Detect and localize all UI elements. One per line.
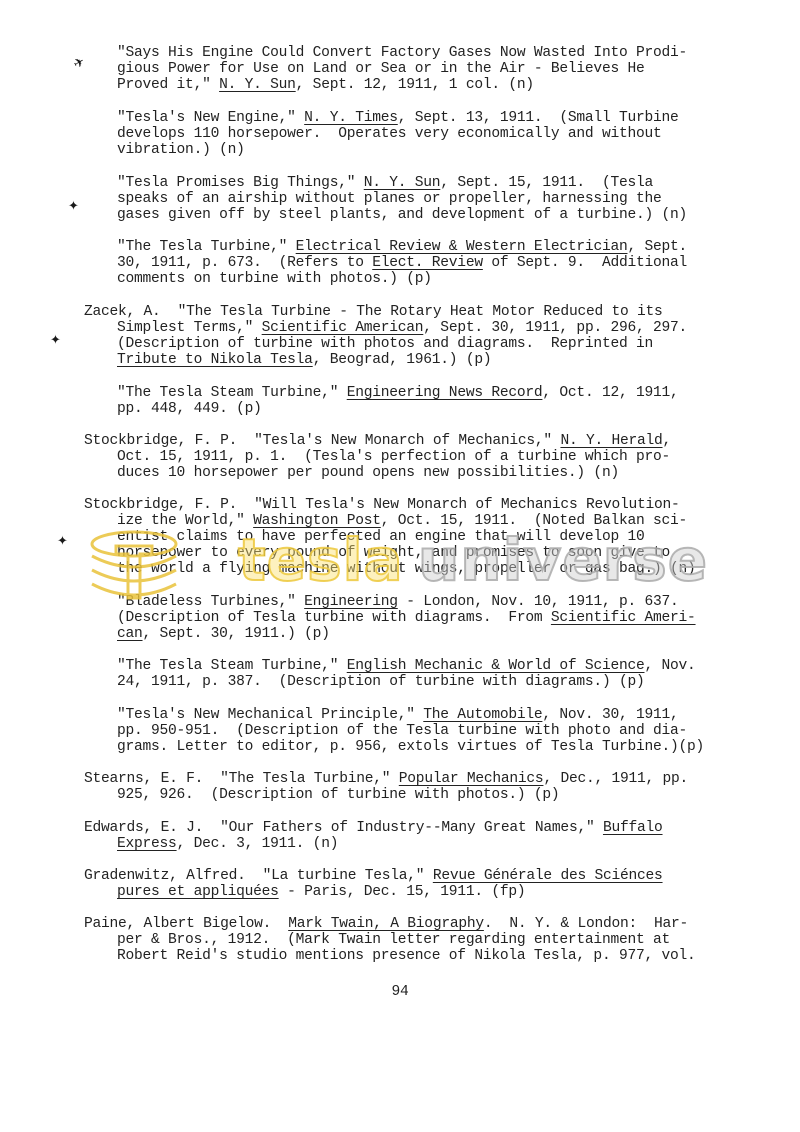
publication-title: Mark Twain, A Biography bbox=[288, 916, 484, 932]
entry-text: Proved it," bbox=[117, 77, 219, 93]
entry-line: "The Tesla Steam Turbine," English Mecha… bbox=[117, 658, 800, 674]
entry-line: "The Tesla Turbine," Electrical Review &… bbox=[117, 239, 800, 255]
entry-text: , Nov. 30, 1911, bbox=[542, 707, 678, 723]
entry-text: , Oct. 15, 1911. (Noted Balkan sci- bbox=[381, 513, 687, 529]
publication-title: can bbox=[117, 626, 143, 642]
entry-line: Paine, Albert Bigelow. Mark Twain, A Bio… bbox=[84, 916, 774, 932]
entry-text: "Says His Engine Could Convert Factory G… bbox=[117, 45, 687, 61]
entry-text: - London, Nov. 10, 1911, p. 637. bbox=[398, 594, 679, 610]
entry-text: Stockbridge, F. P. "Will Tesla's New Mon… bbox=[84, 497, 680, 513]
entry-line: "The Tesla Steam Turbine," Engineering N… bbox=[117, 385, 800, 401]
publication-title: Popular Mechanics bbox=[399, 771, 544, 787]
entry-line: Proved it," N. Y. Sun, Sept. 12, 1911, 1… bbox=[117, 77, 800, 93]
entry-line: speaks of an airship without planes or p… bbox=[117, 191, 800, 207]
entry-line: develops 110 horsepower. Operates very e… bbox=[117, 126, 800, 142]
bibliography-entry: Edwards, E. J. "Our Fathers of Industry-… bbox=[84, 820, 774, 852]
entry-line: the world a flying machine without wings… bbox=[84, 561, 774, 577]
entry-text: of Sept. 9. Additional bbox=[483, 255, 687, 271]
entry-line: entist claims to have perfected an engin… bbox=[84, 529, 774, 545]
entry-text: "The Tesla Steam Turbine," bbox=[117, 658, 347, 674]
entry-text: speaks of an airship without planes or p… bbox=[117, 191, 662, 207]
entry-text: , Sept. 12, 1911, 1 col. (n) bbox=[296, 77, 534, 93]
entry-text: (Description of turbine with photos and … bbox=[117, 336, 653, 352]
publication-title: N. Y. Times bbox=[304, 110, 398, 126]
entry-line: gases given off by steel plants, and dev… bbox=[117, 207, 800, 223]
entry-text: Gradenwitz, Alfred. "La turbine Tesla," bbox=[84, 868, 433, 884]
entry-line: duces 10 horsepower per pound opens new … bbox=[84, 465, 774, 481]
publication-title: Buffalo bbox=[603, 820, 663, 836]
publication-title: Washington Post bbox=[253, 513, 381, 529]
publication-title: Revue Générale des Sciénces bbox=[433, 868, 663, 884]
entry-line: comments on turbine with photos.) (p) bbox=[117, 271, 800, 287]
entry-text: ize the World," bbox=[117, 513, 253, 529]
entry-text: Zacek, A. "The Tesla Turbine - The Rotar… bbox=[84, 304, 663, 320]
publication-title: English Mechanic & World of Science bbox=[347, 658, 645, 674]
entry-text: "Tesla's New Engine," bbox=[117, 110, 304, 126]
bibliography-entry: "Tesla's New Engine," N. Y. Times, Sept.… bbox=[117, 110, 800, 158]
entry-line: Edwards, E. J. "Our Fathers of Industry-… bbox=[84, 820, 774, 836]
entry-line: pp. 950-951. (Description of the Tesla t… bbox=[117, 723, 800, 739]
entry-line: pures et appliquées - Paris, Dec. 15, 19… bbox=[84, 884, 774, 900]
publication-title: N. Y. Sun bbox=[219, 77, 296, 93]
entry-line: 24, 1911, p. 387. (Description of turbin… bbox=[117, 674, 800, 690]
entry-line: gious Power for Use on Land or Sea or in… bbox=[117, 61, 800, 77]
entry-text: , Dec., 1911, pp. bbox=[543, 771, 688, 787]
entry-line: (Description of turbine with photos and … bbox=[84, 336, 774, 352]
entry-line: 925, 926. (Description of turbine with p… bbox=[84, 787, 774, 803]
bibliography-entry: Stearns, E. F. "The Tesla Turbine," Popu… bbox=[84, 771, 774, 803]
publication-title: N. Y. Sun bbox=[364, 175, 441, 191]
entry-text: horsepower to every pound of weight, and… bbox=[117, 545, 670, 561]
entry-text: the world a flying machine without wings… bbox=[117, 561, 696, 577]
bibliography-entry: "Tesla Promises Big Things," N. Y. Sun, … bbox=[117, 175, 800, 223]
entry-line: Tribute to Nikola Tesla, Beograd, 1961.)… bbox=[84, 352, 774, 368]
entry-text: 30, 1911, p. 673. (Refers to bbox=[117, 255, 372, 271]
publication-title: N. Y. Herald bbox=[560, 433, 662, 449]
entry-text: , Dec. 3, 1911. (n) bbox=[177, 836, 339, 852]
entry-text: "Tesla's New Mechanical Principle," bbox=[117, 707, 423, 723]
entry-text: , Nov. bbox=[645, 658, 696, 674]
publication-title: The Automobile bbox=[423, 707, 542, 723]
entry-text: . N. Y. & London: Har- bbox=[484, 916, 688, 932]
margin-check-mark-icon: ✈ bbox=[71, 53, 90, 72]
entry-text: , Sept. 30, 1911, pp. 296, 297. bbox=[423, 320, 687, 336]
entry-text: pp. 950-951. (Description of the Tesla t… bbox=[117, 723, 687, 739]
entry-line: Oct. 15, 1911, p. 1. (Tesla's perfection… bbox=[84, 449, 774, 465]
entry-text: Stearns, E. F. "The Tesla Turbine," bbox=[84, 771, 399, 787]
entry-text: , Sept. bbox=[627, 239, 687, 255]
publication-title: Elect. Review bbox=[372, 255, 483, 271]
entry-text: Stockbridge, F. P. "Tesla's New Monarch … bbox=[84, 433, 560, 449]
entry-line: Stockbridge, F. P. "Will Tesla's New Mon… bbox=[84, 497, 774, 513]
publication-title: Electrical Review & Western Electrician bbox=[296, 239, 628, 255]
entry-text: pp. 448, 449. (p) bbox=[117, 401, 262, 417]
bibliography-entry: "The Tesla Steam Turbine," Engineering N… bbox=[117, 385, 800, 417]
entry-text: 24, 1911, p. 387. (Description of turbin… bbox=[117, 674, 644, 690]
entry-text: Edwards, E. J. "Our Fathers of Industry-… bbox=[84, 820, 603, 836]
entry-text: , Sept. 13, 1911. (Small Turbine bbox=[398, 110, 679, 126]
publication-title: Express bbox=[117, 836, 177, 852]
bibliography-entry: "Says His Engine Could Convert Factory G… bbox=[117, 45, 800, 93]
entry-text: , Sept. 15, 1911. (Tesla bbox=[440, 175, 653, 191]
publication-title: Scientific American bbox=[262, 320, 424, 336]
entry-line: can, Sept. 30, 1911.) (p) bbox=[117, 626, 800, 642]
entry-text: Robert Reid's studio mentions presence o… bbox=[117, 948, 696, 964]
bibliography-entry: Gradenwitz, Alfred. "La turbine Tesla," … bbox=[84, 868, 774, 900]
entry-text: Oct. 15, 1911, p. 1. (Tesla's perfection… bbox=[117, 449, 670, 465]
bibliography-entry: "Tesla's New Mechanical Principle," The … bbox=[117, 707, 800, 755]
publication-title: pures et appliquées bbox=[117, 884, 279, 900]
margin-star-mark-icon: ✦ bbox=[50, 334, 64, 348]
entry-line: Express, Dec. 3, 1911. (n) bbox=[84, 836, 774, 852]
entry-text: gious Power for Use on Land or Sea or in… bbox=[117, 61, 644, 77]
entry-text: "The Tesla Turbine," bbox=[117, 239, 296, 255]
entry-line: Zacek, A. "The Tesla Turbine - The Rotar… bbox=[84, 304, 774, 320]
publication-title: Scientific Ameri- bbox=[551, 610, 696, 626]
entry-text: , Oct. 12, 1911, bbox=[542, 385, 678, 401]
entry-line: "Tesla Promises Big Things," N. Y. Sun, … bbox=[117, 175, 800, 191]
bibliography-entry: Paine, Albert Bigelow. Mark Twain, A Bio… bbox=[84, 916, 774, 964]
entry-line: pp. 448, 449. (p) bbox=[117, 401, 800, 417]
entry-text: develops 110 horsepower. Operates very e… bbox=[117, 126, 662, 142]
entry-text: comments on turbine with photos.) (p) bbox=[117, 271, 432, 287]
entry-line: (Description of Tesla turbine with diagr… bbox=[117, 610, 800, 626]
bibliography-entry: Zacek, A. "The Tesla Turbine - The Rotar… bbox=[84, 304, 774, 368]
publication-title: Engineering bbox=[304, 594, 398, 610]
entry-text: "Bladeless Turbines," bbox=[117, 594, 304, 610]
entry-line: horsepower to every pound of weight, and… bbox=[84, 545, 774, 561]
entry-line: Stockbridge, F. P. "Tesla's New Monarch … bbox=[84, 433, 774, 449]
entry-line: Simplest Terms," Scientific American, Se… bbox=[84, 320, 774, 336]
entry-line: "Bladeless Turbines," Engineering - Lond… bbox=[117, 594, 800, 610]
entry-line: "Says His Engine Could Convert Factory G… bbox=[117, 45, 800, 61]
entry-line: "Tesla's New Mechanical Principle," The … bbox=[117, 707, 800, 723]
entry-line: grams. Letter to editor, p. 956, extols … bbox=[117, 739, 800, 755]
entry-text: 925, 926. (Description of turbine with p… bbox=[117, 787, 559, 803]
entry-text: grams. Letter to editor, p. 956, extols … bbox=[117, 739, 704, 755]
entry-text: entist claims to have perfected an engin… bbox=[117, 529, 644, 545]
bibliography-entry: Stockbridge, F. P. "Will Tesla's New Mon… bbox=[84, 497, 774, 577]
entry-line: 30, 1911, p. 673. (Refers to Elect. Revi… bbox=[117, 255, 800, 271]
document-page: ✈ ✦ ✦ ✦ "Says His Engine Could Convert F… bbox=[0, 0, 800, 1132]
entry-text: duces 10 horsepower per pound opens new … bbox=[117, 465, 619, 481]
entry-text: - Paris, Dec. 15, 1911. (fp) bbox=[279, 884, 526, 900]
entry-line: vibration.) (n) bbox=[117, 142, 800, 158]
entry-line: ize the World," Washington Post, Oct. 15… bbox=[84, 513, 774, 529]
entry-line: Stearns, E. F. "The Tesla Turbine," Popu… bbox=[84, 771, 774, 787]
bibliography-entry: "Bladeless Turbines," Engineering - Lond… bbox=[117, 594, 800, 642]
entry-text: (Description of Tesla turbine with diagr… bbox=[117, 610, 551, 626]
entry-line: Robert Reid's studio mentions presence o… bbox=[84, 948, 774, 964]
entry-text: Simplest Terms," bbox=[117, 320, 262, 336]
bibliography-entry: "The Tesla Turbine," Electrical Review &… bbox=[117, 239, 800, 287]
entry-text: "The Tesla Steam Turbine," bbox=[117, 385, 347, 401]
bibliography-entry: "The Tesla Steam Turbine," English Mecha… bbox=[117, 658, 800, 690]
entry-text: , Sept. 30, 1911.) (p) bbox=[143, 626, 330, 642]
margin-star-mark-icon: ✦ bbox=[57, 535, 71, 549]
entry-text: vibration.) (n) bbox=[117, 142, 245, 158]
entry-line: per & Bros., 1912. (Mark Twain letter re… bbox=[84, 932, 774, 948]
entry-line: "Tesla's New Engine," N. Y. Times, Sept.… bbox=[117, 110, 800, 126]
publication-title: Tribute to Nikola Tesla bbox=[117, 352, 313, 368]
entry-text: , Beograd, 1961.) (p) bbox=[313, 352, 492, 368]
entry-text: per & Bros., 1912. (Mark Twain letter re… bbox=[117, 932, 670, 948]
entry-text: "Tesla Promises Big Things," bbox=[117, 175, 364, 191]
entry-line: Gradenwitz, Alfred. "La turbine Tesla," … bbox=[84, 868, 774, 884]
entry-text: gases given off by steel plants, and dev… bbox=[117, 207, 687, 223]
publication-title: Engineering News Record bbox=[347, 385, 543, 401]
bibliography-entry: Stockbridge, F. P. "Tesla's New Monarch … bbox=[84, 433, 774, 481]
margin-star-mark-icon: ✦ bbox=[68, 200, 82, 214]
entry-text: , bbox=[663, 433, 672, 449]
entry-text: Paine, Albert Bigelow. bbox=[84, 916, 288, 932]
page-number: 94 bbox=[0, 984, 800, 1000]
